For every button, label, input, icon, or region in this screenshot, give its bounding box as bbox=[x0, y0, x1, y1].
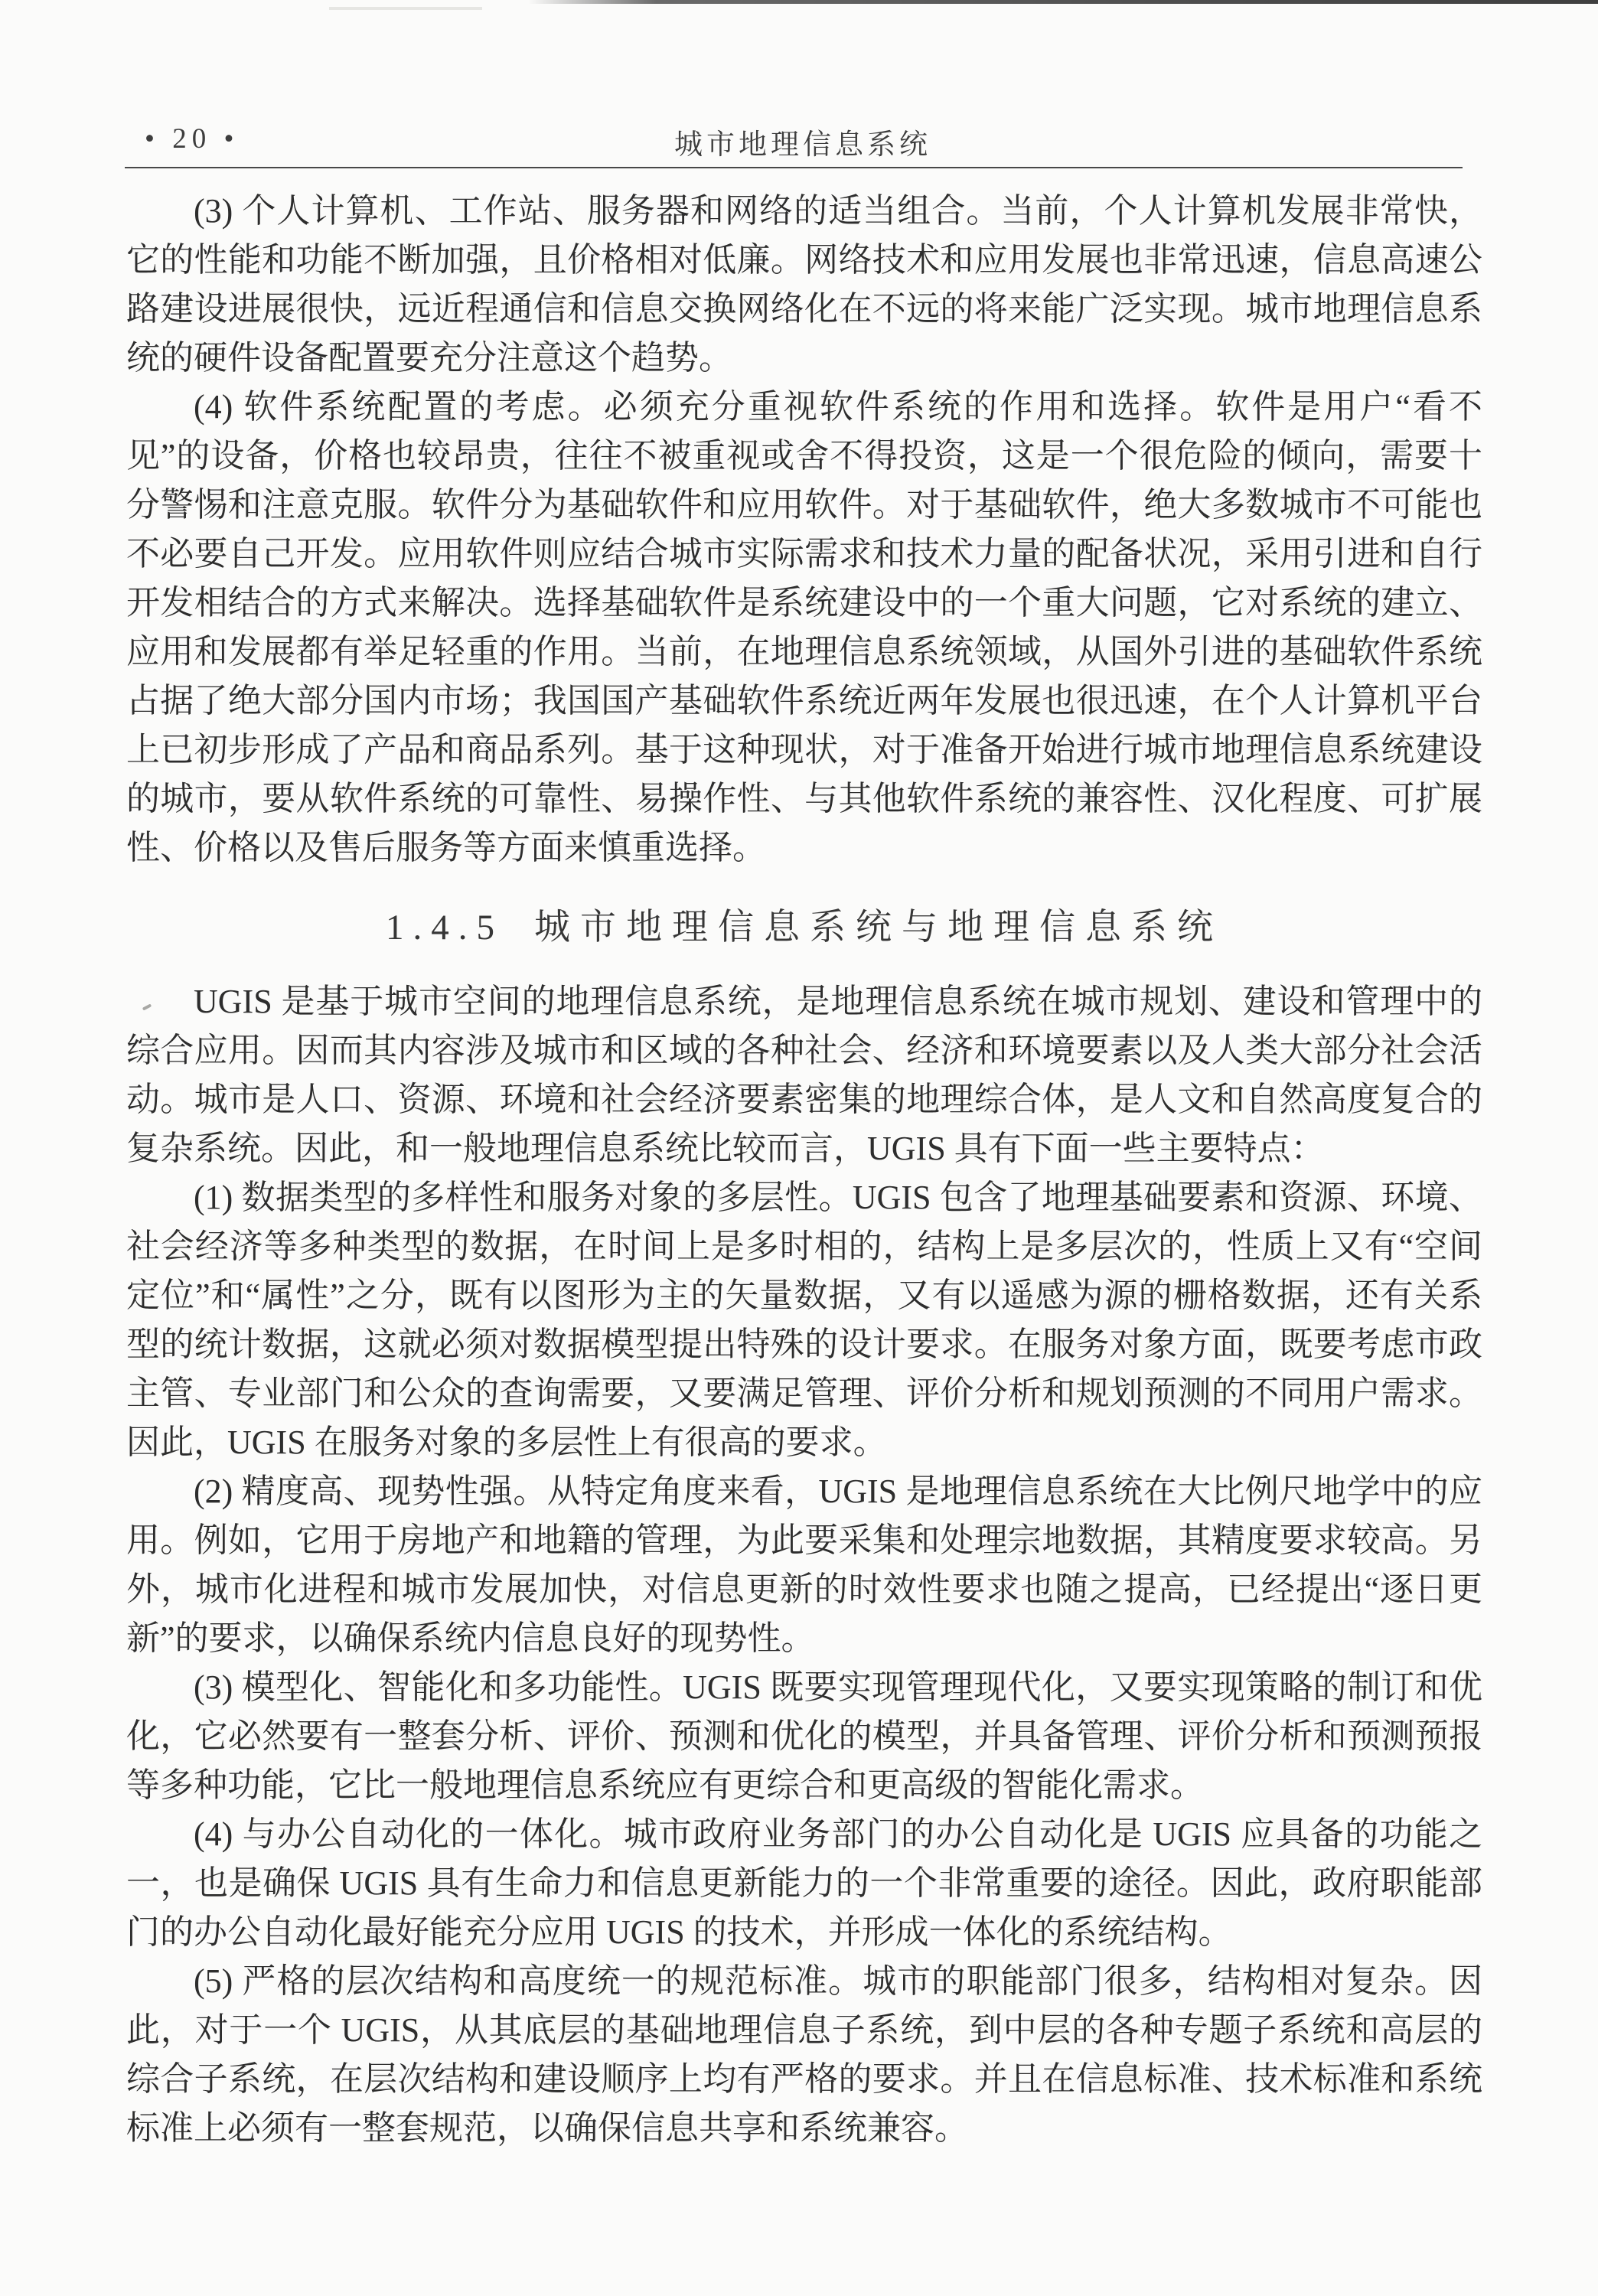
section-title: 城市地理信息系统与地理信息系统 bbox=[534, 908, 1223, 947]
paragraph-software-configuration: (4) 软件系统配置的考虑。必须充分重视软件系统的作用和选择。软件是用户“看不见… bbox=[126, 383, 1482, 872]
section-number: 1.4.5 bbox=[386, 908, 504, 947]
header-rule bbox=[125, 167, 1463, 168]
scan-edge-faint-artifact bbox=[329, 7, 482, 10]
running-header: • 20 • 城市地理信息系统 bbox=[126, 121, 1479, 156]
scanned-book-page: • 20 • 城市地理信息系统 (3) 个人计算机、工作站、服务器和网络的适当组… bbox=[0, 0, 1598, 2296]
paragraph-hardware-combination: (3) 个人计算机、工作站、服务器和网络的适当组合。当前，个人计算机发展非常快，… bbox=[126, 187, 1482, 383]
page-body: (3) 个人计算机、工作站、服务器和网络的适当组合。当前，个人计算机发展非常快，… bbox=[126, 187, 1482, 2153]
paragraph-ugis-intro: UGIS 是基于城市空间的地理信息系统，是地理信息系统在城市规划、建设和管理中的… bbox=[126, 977, 1482, 1173]
paragraph-feature-1: (1) 数据类型的多样性和服务对象的多层性。UGIS 包含了地理基础要素和资源、… bbox=[126, 1173, 1482, 1467]
paragraph-feature-4: (4) 与办公自动化的一体化。城市政府业务部门的办公自动化是 UGIS 应具备的… bbox=[126, 1810, 1482, 1957]
paragraph-feature-5: (5) 严格的层次结构和高度统一的规范标准。城市的职能部门很多，结构相对复杂。因… bbox=[126, 1957, 1482, 2153]
section-heading: 1.4.5城市地理信息系统与地理信息系统 bbox=[126, 907, 1482, 948]
paragraph-feature-3: (3) 模型化、智能化和多功能性。UGIS 既要实现管理现代化，又要实现策略的制… bbox=[126, 1663, 1482, 1810]
running-title: 城市地理信息系统 bbox=[126, 121, 1479, 162]
paragraph-feature-2: (2) 精度高、现势性强。从特定角度来看，UGIS 是地理信息系统在大比例尺地学… bbox=[126, 1467, 1482, 1663]
scan-edge-artifact bbox=[528, 0, 1598, 4]
